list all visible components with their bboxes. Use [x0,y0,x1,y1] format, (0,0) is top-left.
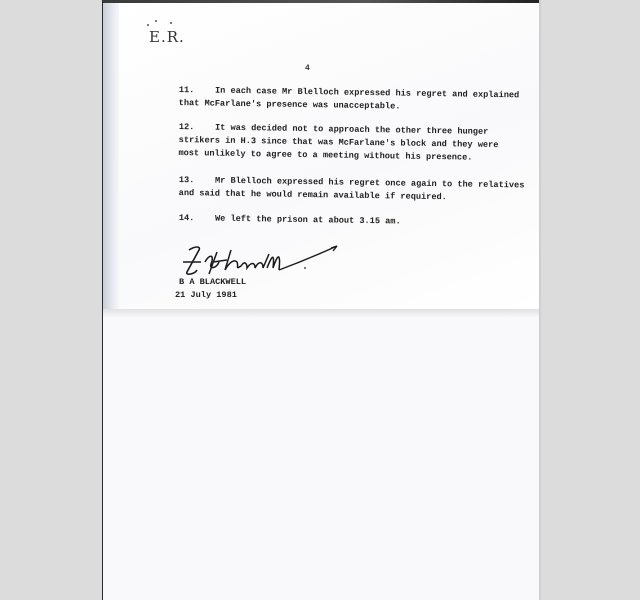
page-fold-line [103,309,540,317]
page-right-edge [539,0,541,600]
page-number: 4 [305,64,310,73]
paragraph-11: 11. In each case Mr Blelloch expressed h… [179,84,529,115]
signer-name: B A BLACKWELL [179,277,246,287]
paragraph-12: 12. It was decided not to approach the o… [178,121,529,165]
page-left-shadow [103,3,119,311]
ink-speck [155,20,157,22]
header-initials: E.R. [149,28,185,46]
signed-date: 21 July 1981 [175,290,237,300]
scanned-document-page: E.R. 4 11. In each case Mr Blelloch expr… [102,0,540,600]
paragraph-13: 13. Mr Blelloch expressed his regret onc… [179,174,529,205]
lower-sheet-blank [103,317,540,600]
handwritten-signature-icon [175,240,345,282]
ink-speck [170,22,172,24]
ink-speck [147,24,149,26]
